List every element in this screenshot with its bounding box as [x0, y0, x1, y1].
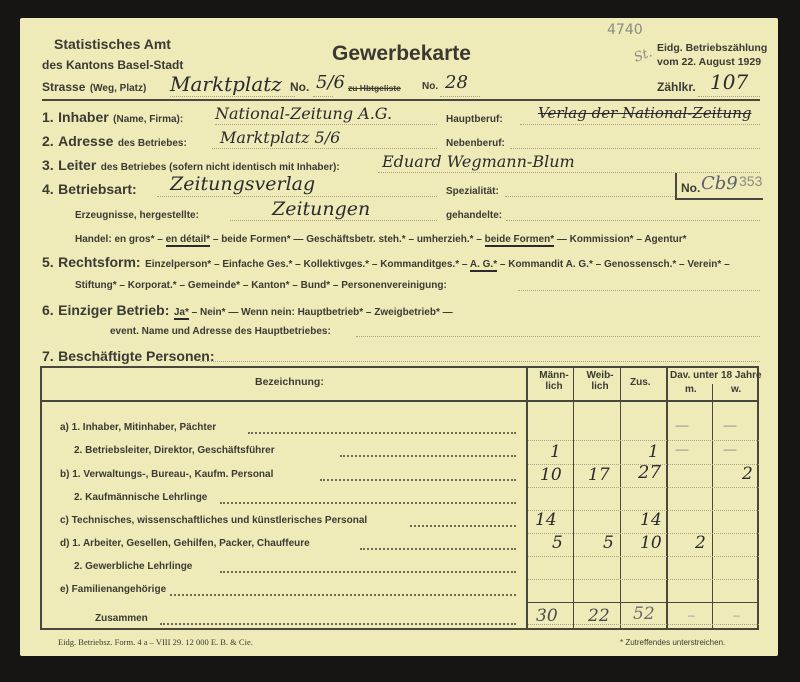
rechtsform-option[interactable]: Verein*	[687, 259, 721, 270]
row-label: c) Technisches, wissenschaftliches und k…	[60, 515, 367, 526]
cell-m[interactable]: 14	[535, 510, 557, 530]
handel-option[interactable]: en gros*	[114, 234, 154, 245]
cell-zus[interactable]: 10	[640, 533, 662, 553]
col-header-m: m.	[685, 384, 697, 395]
einziger-ja-selected[interactable]: Ja*	[174, 307, 189, 320]
no-label: No.	[290, 80, 309, 94]
office-canton: des Kantons Basel-Stadt	[42, 58, 183, 72]
no2-label: No.	[422, 81, 438, 92]
row-label: 2. Gewerbliche Lehrlinge	[74, 561, 192, 572]
row-label: a) 1. Inhaber, Mitinhaber, Pächter	[60, 422, 216, 433]
cell-m[interactable]: 5	[552, 533, 563, 553]
cell-u18w[interactable]: —	[723, 418, 737, 434]
cell-w[interactable]: 5	[603, 533, 614, 553]
rechtsform-option[interactable]: Personenvereinigung:	[341, 280, 447, 291]
total-u18w[interactable]: –	[733, 608, 740, 622]
rechtsform-option[interactable]: Korporat.*	[128, 280, 177, 291]
rechtsform-option[interactable]: Genossensch.*	[604, 259, 676, 270]
rechtsform-line2: Stiftung* – Korporat.* – Gemeinde* – Kan…	[75, 280, 447, 291]
row-label: b) 1. Verwaltungs-, Bureau-, Kaufm. Pers…	[60, 469, 273, 480]
handel-line: Handel: en gros* – en détail* – beide Fo…	[75, 234, 687, 245]
cell-zus[interactable]: 27	[638, 462, 661, 483]
street-label: Strasse	[42, 80, 85, 94]
cell-zus[interactable]: 14	[640, 510, 662, 530]
rechtsform-option[interactable]: Einfache Ges.*	[222, 259, 292, 270]
adresse-label-group: 2. Adresse des Betriebes:	[42, 133, 187, 151]
handel-option[interactable]: umherzieh.*	[417, 234, 474, 245]
no-value[interactable]: 5/6	[316, 72, 345, 93]
spezialitaet-label: Spezialität:	[446, 186, 499, 197]
rechtsform-option[interactable]: Bund*	[301, 280, 330, 291]
pencil-note-top: 4740	[607, 22, 643, 38]
handel-option[interactable]: Kommission*	[570, 234, 634, 245]
street-label-sub: (Weg, Platz)	[90, 83, 146, 94]
cell-zus[interactable]: 1	[648, 442, 659, 462]
census-title: Eidg. Betriebszählung	[657, 42, 767, 54]
census-date: vom 22. August 1929	[657, 56, 761, 68]
col-header-maennlich: Männ-lich	[536, 370, 572, 392]
form-id: Eidg. Betriebsz. Form. 4 a – VIII 29. 12…	[58, 637, 253, 647]
nebenberuf-label: Nebenberuf:	[446, 138, 505, 149]
row-label: 2. Betriebsleiter, Direktor, Geschäftsfü…	[74, 445, 275, 456]
handel-option[interactable]: beide Formen*	[221, 234, 290, 245]
handel-option-selected[interactable]: en détail*	[166, 234, 210, 247]
gewerbekarte-card: Statistisches Amt des Kantons Basel-Stad…	[20, 18, 778, 656]
adresse-value[interactable]: Marktplatz 5/6	[220, 128, 340, 147]
einziger-betrieb-line: 6. Einziger Betrieb: Ja* – Nein* — Wenn …	[42, 302, 453, 320]
rechtsform-option[interactable]: Kommanditges.*	[380, 259, 459, 270]
office-name: Statistisches Amt	[54, 36, 171, 52]
footnote: * Zutreffendes unterstreichen.	[620, 638, 725, 647]
row-label: e) Familienangehörige	[60, 584, 166, 595]
page-title: Gewerbekarte	[332, 42, 471, 66]
cell-m[interactable]: 1	[550, 442, 561, 462]
row-label: 2. Kaufmännische Lehrlinge	[74, 492, 207, 503]
inhaber-value[interactable]: National-Zeitung A.G.	[215, 104, 392, 123]
no2-value[interactable]: 28	[445, 72, 468, 93]
rechtsform-option[interactable]: Kollektivges.*	[303, 259, 369, 270]
col-header-unter18: Dav. unter 18 Jahre	[670, 370, 762, 381]
total-w[interactable]: 22	[588, 606, 610, 626]
hauptberuf-value[interactable]: Verlag der National-Zeitung	[538, 104, 751, 122]
leiter-value[interactable]: Eduard Wegmann-Blum	[382, 152, 575, 171]
box-no-label: No.	[681, 181, 700, 195]
zaehlkr-label: Zählkr.	[657, 80, 696, 94]
handel-option[interactable]: Agentur*	[644, 234, 686, 245]
cell-u18w[interactable]: —	[723, 442, 737, 458]
classification-box[interactable]: No. Cb9 353	[675, 173, 763, 200]
row-label: d) 1. Arbeiter, Gesellen, Gehilfen, Pack…	[60, 538, 310, 549]
erzeugnisse-value[interactable]: Zeitungen	[272, 198, 370, 220]
col-header-w: w.	[731, 384, 741, 395]
cell-u18m[interactable]: —	[675, 442, 689, 458]
erzeugnisse-label: Erzeugnisse, hergestellte:	[75, 210, 199, 221]
street-field[interactable]: Strasse (Weg, Platz)	[42, 78, 146, 96]
cell-u18m[interactable]: —	[675, 418, 689, 434]
gehandelte-label: gehandelte:	[446, 210, 502, 221]
beschaeftigte-label: 7. Beschäftigte Personen:	[42, 348, 215, 366]
box-no-pencil: 353	[739, 173, 762, 189]
hauptbetrieb-address-label: event. Name und Adresse des Hauptbetrieb…	[110, 326, 331, 337]
rechtsform-line: 5. Rechtsform: Einzelperson* – Einfache …	[42, 254, 730, 272]
betriebsart-label-group: 4. Betriebsart:	[42, 181, 137, 199]
col-header-zus: Zus.	[630, 377, 651, 388]
einziger-hauptbetrieb[interactable]: Wenn nein: Hauptbetrieb*	[241, 307, 363, 318]
total-m[interactable]: 30	[536, 606, 558, 626]
total-label: Zusammen	[95, 613, 148, 624]
rechtsform-option[interactable]: Einzelperson*	[145, 259, 211, 270]
einziger-nein[interactable]: Nein*	[200, 307, 226, 318]
box-no-value: Cb9	[701, 173, 738, 194]
rechtsform-option[interactable]: Gemeinde*	[188, 280, 240, 291]
cell-u18m[interactable]: 2	[695, 533, 706, 553]
rechtsform-option[interactable]: Kanton*	[251, 280, 289, 291]
struck-label: zu Hbtgeliste	[348, 83, 401, 93]
hauptberuf-label: Hauptberuf:	[446, 114, 503, 125]
handel-option[interactable]: Geschäftsbetr. steh.*	[306, 234, 405, 245]
handel-option-selected[interactable]: beide Formen*	[485, 234, 554, 247]
pencil-mark: St.	[632, 45, 654, 65]
inhaber-label-group: 1. Inhaber (Name, Firma):	[42, 109, 183, 127]
cell-w[interactable]: 17	[588, 465, 610, 485]
col-header-bezeichnung: Bezeichnung:	[255, 376, 324, 388]
rechtsform-option-selected[interactable]: A. G.*	[470, 259, 497, 272]
cell-m[interactable]: 10	[540, 465, 562, 485]
street-value[interactable]: Marktplatz	[170, 72, 282, 96]
cell-u18w[interactable]: 2	[742, 464, 753, 484]
betriebsart-value[interactable]: Zeitungsverlag	[170, 173, 315, 195]
col-header-weiblich: Weib-lich	[582, 370, 618, 392]
zaehlkr-value[interactable]: 107	[710, 70, 748, 94]
einziger-zweigbetrieb[interactable]: Zweigbetrieb*	[374, 307, 440, 318]
rechtsform-option[interactable]: Stiftung*	[75, 280, 117, 291]
total-zus[interactable]: 52	[633, 604, 655, 624]
total-u18m[interactable]: –	[688, 608, 695, 622]
rechtsform-option[interactable]: Kommandit A. G.*	[508, 259, 593, 270]
